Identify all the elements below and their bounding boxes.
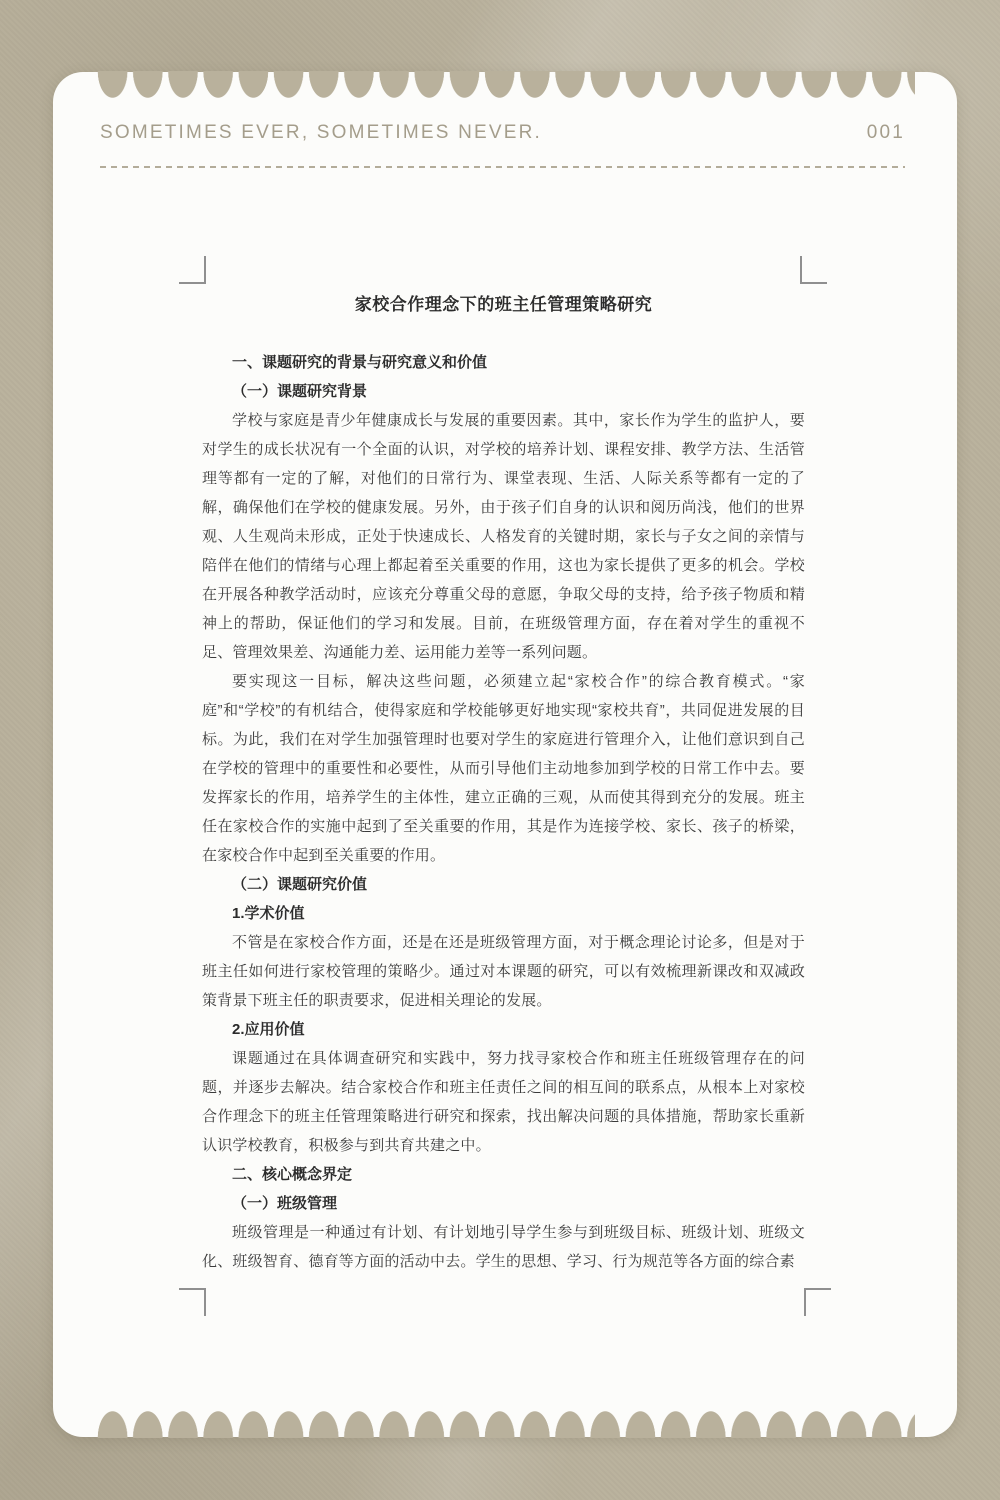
section-heading: （一）班级管理	[202, 1189, 805, 1218]
document-body: 一、课题研究的背景与研究意义和价值（一）课题研究背景学校与家庭是青少年健康成长与…	[202, 348, 805, 1276]
header-divider	[100, 166, 905, 168]
section-heading: 一、课题研究的背景与研究意义和价值	[202, 348, 805, 377]
paragraph: 班级管理是一种通过有计划、有计划地引导学生参与到班级目标、班级计划、班级文化、班…	[202, 1218, 805, 1276]
text-boundary-mark-bottom-left	[179, 1288, 206, 1316]
text-boundary-mark-top-right	[800, 256, 827, 284]
text-boundary-mark-top-left	[179, 256, 206, 284]
document-title: 家校合作理念下的班主任管理策略研究	[202, 290, 805, 319]
section-heading: 2.应用价值	[202, 1015, 805, 1044]
page-background: SOMETIMES EVER, SOMETIMES NEVER. 001 家校合…	[0, 0, 1000, 1500]
paragraph: 要实现这一目标，解决这些问题，必须建立起“家校合作”的综合教育模式。“家庭”和“…	[202, 667, 805, 870]
page-header: SOMETIMES EVER, SOMETIMES NEVER. 001	[100, 122, 905, 144]
text-boundary-mark-bottom-right	[804, 1288, 831, 1316]
document-content: 家校合作理念下的班主任管理策略研究 一、课题研究的背景与研究意义和价值（一）课题…	[202, 290, 805, 1276]
section-heading: 1.学术价值	[202, 899, 805, 928]
page-number: 001	[867, 122, 905, 144]
paragraph: 不管是在家校合作方面，还是在还是班级管理方面，对于概念理论讨论多，但是对于班主任…	[202, 928, 805, 1015]
section-heading: （二）课题研究价值	[202, 870, 805, 899]
header-motto: SOMETIMES EVER, SOMETIMES NEVER.	[100, 122, 542, 144]
section-heading: 二、核心概念界定	[202, 1160, 805, 1189]
stamp-card: SOMETIMES EVER, SOMETIMES NEVER. 001 家校合…	[53, 72, 957, 1437]
stamp-perforation-bottom	[95, 1408, 915, 1438]
paragraph: 学校与家庭是青少年健康成长与发展的重要因素。其中，家长作为学生的监护人，要对学生…	[202, 406, 805, 667]
stamp-perforation-top	[95, 71, 915, 101]
paragraph: 课题通过在具体调查研究和实践中，努力找寻家校合作和班主任班级管理存在的问题，并逐…	[202, 1044, 805, 1160]
section-heading: （一）课题研究背景	[202, 377, 805, 406]
